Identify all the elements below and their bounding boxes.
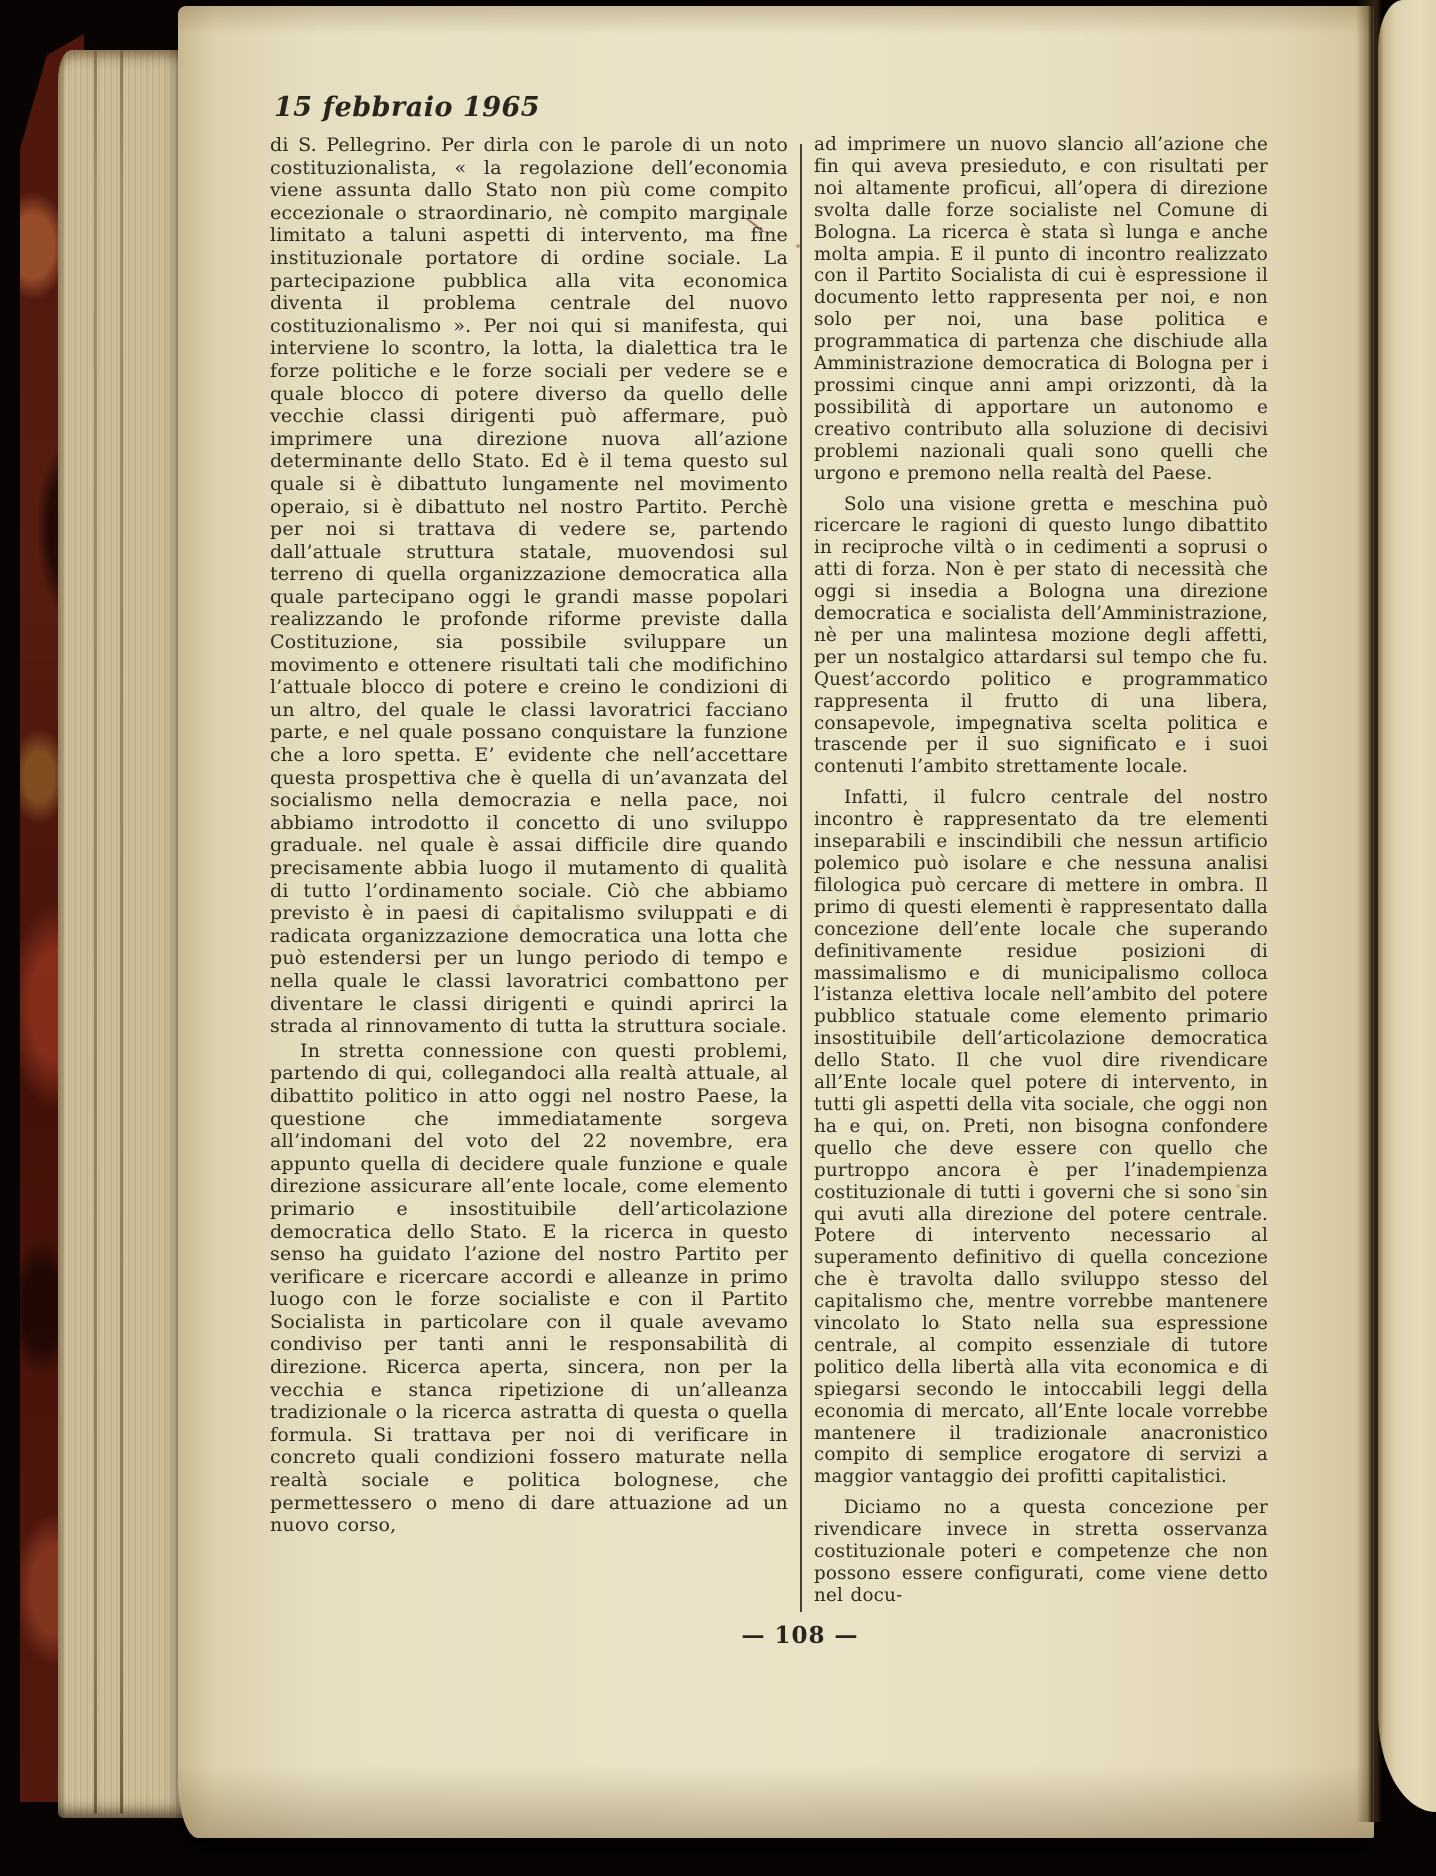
left-text-column: di S. Pellegrino. Per dirla con le parol… [270,134,788,1618]
page-stack-fore-edge [58,50,190,1818]
page-stack-step [120,50,123,1814]
page-stack-step [94,50,97,1814]
paragraph: In stretta connessione con questi proble… [270,1040,788,1537]
printed-text-layer: 15 febbraio 1965 di S. Pellegrino. Per d… [178,6,1374,1838]
column-divider-rule [800,144,802,1612]
right-text-column: ad imprimere un nuovo slancio all’azione… [814,134,1268,1618]
facing-page-edge [1378,0,1436,1812]
paragraph: Infatti, il fulcro centrale del nostro i… [814,787,1268,1488]
paragraph: ad imprimere un nuovo slancio all’azione… [814,134,1268,485]
paragraph: Solo una visione gretta e meschina può r… [814,494,1268,779]
page-number: — 108 — [300,1622,1300,1649]
paragraph: di S. Pellegrino. Per dirla con le parol… [270,134,788,1038]
text-columns: di S. Pellegrino. Per dirla con le parol… [178,134,1374,1618]
header-date: 15 febbraio 1965 [274,92,540,123]
book-scan: 15 febbraio 1965 di S. Pellegrino. Per d… [0,0,1436,1876]
paragraph: Diciamo no a questa concezione per riven… [814,1497,1268,1607]
